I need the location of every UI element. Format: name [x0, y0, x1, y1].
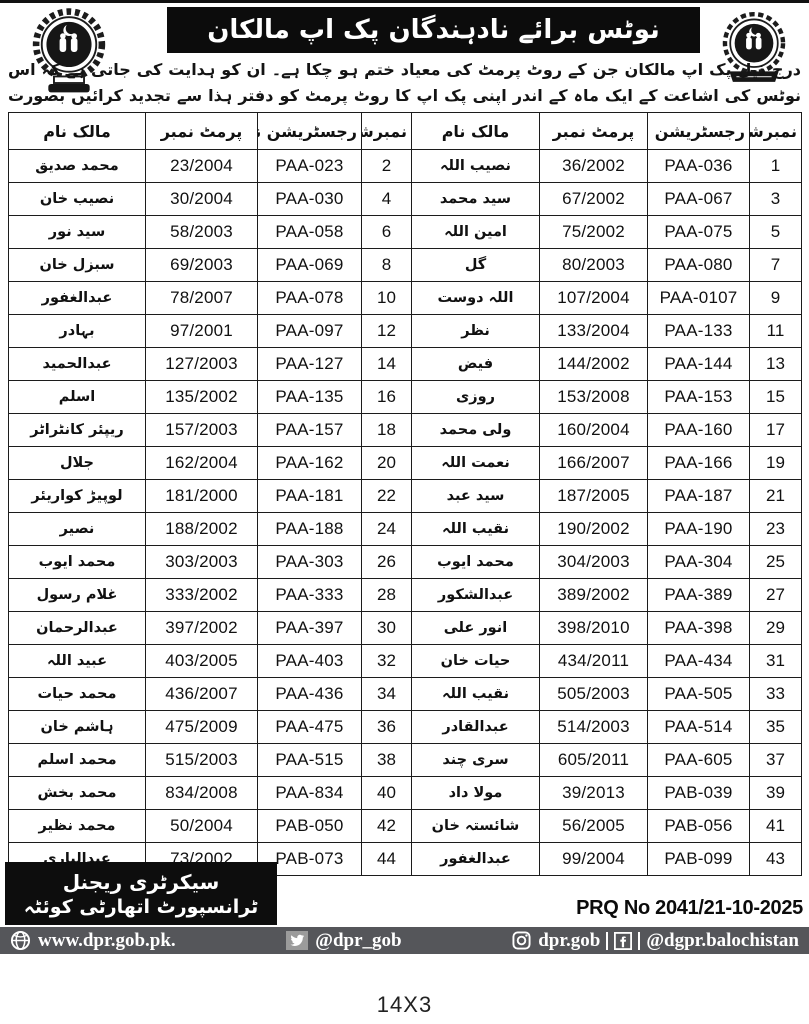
permit-cell: 187/2005 — [540, 480, 648, 513]
registration-cell: PAA-069 — [258, 249, 362, 282]
registration-cell: PAA-162 — [258, 447, 362, 480]
serial-cell: 17 — [750, 414, 802, 447]
registration-cell: PAA-127 — [258, 348, 362, 381]
permit-cell: 99/2004 — [540, 843, 648, 876]
permit-table-body: 1PAA-03636/2002نصیب اللہ2PAA-02323/2004م… — [9, 150, 802, 876]
owner-name-cell: اللہ دوست — [412, 282, 540, 315]
registration-cell: PAA-181 — [258, 480, 362, 513]
registration-cell: PAA-166 — [648, 447, 750, 480]
serial-cell: 29 — [750, 612, 802, 645]
owner-name-cell: نقیب اللہ — [412, 513, 540, 546]
serial-cell: 34 — [362, 678, 412, 711]
permit-cell: 515/2003 — [146, 744, 258, 777]
owner-name-cell: بہادر — [9, 315, 146, 348]
permit-cell: 398/2010 — [540, 612, 648, 645]
registration-cell: PAA-436 — [258, 678, 362, 711]
permit-cell: 397/2002 — [146, 612, 258, 645]
owner-name-cell: امین اللہ — [412, 216, 540, 249]
table-row: 15PAA-153153/2008روزی16PAA-135135/2002اس… — [9, 381, 802, 414]
column-header-owner: مالک نام — [9, 113, 146, 150]
owner-name-cell: عبدالرحمان — [9, 612, 146, 645]
table-row: 9PAA-0107107/2004اللہ دوست10PAA-07878/20… — [9, 282, 802, 315]
serial-cell: 4 — [362, 183, 412, 216]
owner-name-cell: محمد صدیق — [9, 150, 146, 183]
table-row: 31PAA-434434/2011حیات خان32PAA-403403/20… — [9, 645, 802, 678]
table-row: 33PAA-505505/2003نقیب اللہ34PAA-436436/2… — [9, 678, 802, 711]
notice-title: نوٹس برائے نادہندگان پک اپ مالکان — [207, 15, 660, 45]
serial-cell: 11 — [750, 315, 802, 348]
registration-cell: PAA-023 — [258, 150, 362, 183]
permit-cell: 135/2002 — [146, 381, 258, 414]
serial-cell: 41 — [750, 810, 802, 843]
dpr-footer-bar: www.dpr.gob.pk. @dpr_gob dpr.gob — [0, 927, 809, 954]
serial-cell: 20 — [362, 447, 412, 480]
registration-cell: PAA-0107 — [648, 282, 750, 315]
permit-cell: 333/2002 — [146, 579, 258, 612]
permit-cell: 97/2001 — [146, 315, 258, 348]
owner-name-cell: عبید اللہ — [9, 645, 146, 678]
column-header-owner: مالک نام — [412, 113, 540, 150]
serial-cell: 2 — [362, 150, 412, 183]
instagram-icon — [512, 931, 531, 950]
registration-cell: PAA-515 — [258, 744, 362, 777]
table-row: 37PAA-605605/2011سری چند38PAA-515515/200… — [9, 744, 802, 777]
registration-cell: PAA-030 — [258, 183, 362, 216]
footer-instagram-text: dpr.gob — [538, 930, 600, 952]
permit-cell: 80/2003 — [540, 249, 648, 282]
footer-website-text: www.dpr.gob.pk. — [38, 930, 176, 952]
registration-cell: PAB-050 — [258, 810, 362, 843]
serial-cell: 14 — [362, 348, 412, 381]
owner-name-cell: سید نور — [9, 216, 146, 249]
permit-cell: 157/2003 — [146, 414, 258, 447]
permit-cell: 69/2003 — [146, 249, 258, 282]
column-header-registration: رجسٹریشن نمبر — [258, 113, 362, 150]
owner-name-cell: مولا داد — [412, 777, 540, 810]
permit-cell: 303/2003 — [146, 546, 258, 579]
table-row: 7PAA-08080/2003گل8PAA-06969/2003سبزل خان — [9, 249, 802, 282]
facebook-icon — [614, 932, 632, 950]
registration-cell: PAB-056 — [648, 810, 750, 843]
permit-cell: 23/2004 — [146, 150, 258, 183]
permit-cell: 75/2002 — [540, 216, 648, 249]
owner-name-cell: گل — [412, 249, 540, 282]
permit-cell: 153/2008 — [540, 381, 648, 414]
registration-cell: PAA-144 — [648, 348, 750, 381]
signature-line-2: ٹرانسپورٹ اتھارٹی کوئٹہ — [24, 895, 258, 919]
column-header-permit: پرمٹ نمبر — [540, 113, 648, 150]
table-row: 3PAA-06767/2002سید محمد4PAA-03030/2004نص… — [9, 183, 802, 216]
footer-website-item: www.dpr.gob.pk. — [10, 930, 176, 952]
table-row: 23PAA-190190/2002نقیب اللہ24PAA-188188/2… — [9, 513, 802, 546]
owner-name-cell: محمد نظیر — [9, 810, 146, 843]
registration-cell: PAB-039 — [648, 777, 750, 810]
serial-cell: 8 — [362, 249, 412, 282]
registration-cell: PAA-153 — [648, 381, 750, 414]
registration-cell: PAA-133 — [648, 315, 750, 348]
owner-name-cell: سید محمد — [412, 183, 540, 216]
registration-cell: PAA-080 — [648, 249, 750, 282]
permit-cell: 36/2002 — [540, 150, 648, 183]
owner-name-cell: عبدالشکور — [412, 579, 540, 612]
registration-cell: PAA-036 — [648, 150, 750, 183]
notice-title-bar: نوٹس برائے نادہندگان پک اپ مالکان — [167, 7, 700, 53]
permit-cell: 475/2009 — [146, 711, 258, 744]
permit-cell: 389/2002 — [540, 579, 648, 612]
serial-cell: 27 — [750, 579, 802, 612]
column-header-permit: پرمٹ نمبر — [146, 113, 258, 150]
serial-cell: 10 — [362, 282, 412, 315]
owner-name-cell: اسلم — [9, 381, 146, 414]
serial-cell: 42 — [362, 810, 412, 843]
serial-cell: 36 — [362, 711, 412, 744]
registration-cell: PAA-075 — [648, 216, 750, 249]
owner-name-cell: محمد اسلم — [9, 744, 146, 777]
permit-cell: 505/2003 — [540, 678, 648, 711]
footer-divider — [606, 932, 608, 950]
table-row: 5PAA-07575/2002امین اللہ6PAA-05858/2003س… — [9, 216, 802, 249]
serial-cell: 3 — [750, 183, 802, 216]
registration-cell: PAA-397 — [258, 612, 362, 645]
permit-cell: 50/2004 — [146, 810, 258, 843]
permit-cell: 67/2002 — [540, 183, 648, 216]
permit-cell: 834/2008 — [146, 777, 258, 810]
serial-cell: 12 — [362, 315, 412, 348]
owner-name-cell: حیات خان — [412, 645, 540, 678]
serial-cell: 21 — [750, 480, 802, 513]
owner-name-cell: جلال — [9, 447, 146, 480]
table-row: 1PAA-03636/2002نصیب اللہ2PAA-02323/2004م… — [9, 150, 802, 183]
column-header-serial: نمبرشمار — [362, 113, 412, 150]
serial-cell: 15 — [750, 381, 802, 414]
registration-cell: PAA-389 — [648, 579, 750, 612]
serial-cell: 22 — [362, 480, 412, 513]
registration-cell: PAA-058 — [258, 216, 362, 249]
owner-name-cell: محمد ایوب — [412, 546, 540, 579]
permit-cell: 304/2003 — [540, 546, 648, 579]
owner-name-cell: عبدالغفور — [9, 282, 146, 315]
owner-name-cell: نصیر — [9, 513, 146, 546]
registration-cell: PAA-505 — [648, 678, 750, 711]
permit-cell: 188/2002 — [146, 513, 258, 546]
permit-cell: 127/2003 — [146, 348, 258, 381]
owner-name-cell: غلام رسول — [9, 579, 146, 612]
table-row: 17PAA-160160/2004ولی محمد18PAA-157157/20… — [9, 414, 802, 447]
footer-twitter-text: @dpr_gob — [315, 930, 401, 952]
serial-cell: 39 — [750, 777, 802, 810]
registration-cell: PAA-097 — [258, 315, 362, 348]
permit-cell: 144/2002 — [540, 348, 648, 381]
owner-name-cell: ولی محمد — [412, 414, 540, 447]
serial-cell: 16 — [362, 381, 412, 414]
serial-cell: 44 — [362, 843, 412, 876]
permit-cell: 181/2000 — [146, 480, 258, 513]
owner-name-cell: نعمت اللہ — [412, 447, 540, 480]
table-row: 13PAA-144144/2002فیض14PAA-127127/2003عبد… — [9, 348, 802, 381]
owner-name-cell: محمد حیات — [9, 678, 146, 711]
registration-cell: PAA-398 — [648, 612, 750, 645]
registration-cell: PAA-403 — [258, 645, 362, 678]
registration-cell: PAA-605 — [648, 744, 750, 777]
owner-name-cell: نصیب خان — [9, 183, 146, 216]
serial-cell: 18 — [362, 414, 412, 447]
column-header-serial: نمبرشمار — [750, 113, 802, 150]
permit-cell: 403/2005 — [146, 645, 258, 678]
permit-cell: 605/2011 — [540, 744, 648, 777]
permit-cell: 107/2004 — [540, 282, 648, 315]
signature-stamp: سیکرٹری ریجنل ٹرانسپورٹ اتھارٹی کوئٹہ — [5, 862, 277, 925]
serial-cell: 32 — [362, 645, 412, 678]
permit-cell: 160/2004 — [540, 414, 648, 447]
registration-cell: PAA-304 — [648, 546, 750, 579]
registration-cell: PAA-078 — [258, 282, 362, 315]
table-row: 41PAB-05656/2005شائستہ خان42PAB-05050/20… — [9, 810, 802, 843]
owner-name-cell: سید عبد — [412, 480, 540, 513]
serial-cell: 33 — [750, 678, 802, 711]
owner-name-cell: سبزل خان — [9, 249, 146, 282]
owner-name-cell: لوپیڑ کواریئر — [9, 480, 146, 513]
permit-cell: 56/2005 — [540, 810, 648, 843]
permit-cell: 166/2007 — [540, 447, 648, 480]
permit-cell: 58/2003 — [146, 216, 258, 249]
footer-facebook-text: @dgpr.balochistan — [646, 930, 799, 952]
registration-cell: PAA-514 — [648, 711, 750, 744]
table-row: 21PAA-187187/2005سید عبد22PAA-181181/200… — [9, 480, 802, 513]
serial-cell: 6 — [362, 216, 412, 249]
serial-cell: 38 — [362, 744, 412, 777]
permit-cell: 39/2013 — [540, 777, 648, 810]
owner-name-cell: محمد بخش — [9, 777, 146, 810]
globe-icon — [10, 930, 31, 951]
registration-cell: PAA-187 — [648, 480, 750, 513]
owner-name-cell: عبدالقادر — [412, 711, 540, 744]
serial-cell: 9 — [750, 282, 802, 315]
table-row: 39PAB-03939/2013مولا داد40PAA-834834/200… — [9, 777, 802, 810]
footer-facebook-handle: @dgpr.balochistan — [646, 930, 799, 952]
registration-cell: PAA-160 — [648, 414, 750, 447]
column-header-registration: رجسٹریشن نمبر — [648, 113, 750, 150]
serial-cell: 28 — [362, 579, 412, 612]
registration-cell: PAA-834 — [258, 777, 362, 810]
serial-cell: 19 — [750, 447, 802, 480]
permit-cell: 434/2011 — [540, 645, 648, 678]
signature-line-1: سیکرٹری ریجنل — [63, 869, 220, 895]
serial-cell: 24 — [362, 513, 412, 546]
ad-size-caption: 14X3 — [0, 992, 809, 1018]
table-row: 11PAA-133133/2004نظر12PAA-09797/2001بہاد… — [9, 315, 802, 348]
permit-cell: 78/2007 — [146, 282, 258, 315]
serial-cell: 35 — [750, 711, 802, 744]
footer-facebook-item — [614, 932, 632, 950]
owner-name-cell: انور علی — [412, 612, 540, 645]
serial-cell: 5 — [750, 216, 802, 249]
permit-table: نمبرشمار رجسٹریشن نمبر پرمٹ نمبر مالک نا… — [8, 112, 802, 876]
permit-cell: 30/2004 — [146, 183, 258, 216]
owner-name-cell: شائستہ خان — [412, 810, 540, 843]
owner-name-cell: سری چند — [412, 744, 540, 777]
footer-instagram-item: dpr.gob — [512, 930, 600, 952]
serial-cell: 43 — [750, 843, 802, 876]
footer-divider — [638, 932, 640, 950]
owner-name-cell: روزی — [412, 381, 540, 414]
permit-cell: 190/2002 — [540, 513, 648, 546]
permit-cell: 133/2004 — [540, 315, 648, 348]
serial-cell: 31 — [750, 645, 802, 678]
table-row: 35PAA-514514/2003عبدالقادر36PAA-475475/2… — [9, 711, 802, 744]
top-rule-divider — [0, 0, 809, 3]
serial-cell: 25 — [750, 546, 802, 579]
footer-twitter-item: @dpr_gob — [286, 930, 401, 952]
permit-cell: 514/2003 — [540, 711, 648, 744]
table-row: 25PAA-304304/2003محمد ایوب26PAA-303303/2… — [9, 546, 802, 579]
prq-reference-number: PRQ No 2041/21-10-2025 — [403, 897, 803, 920]
serial-cell: 37 — [750, 744, 802, 777]
permit-cell: 162/2004 — [146, 447, 258, 480]
registration-cell: PAA-188 — [258, 513, 362, 546]
serial-cell: 13 — [750, 348, 802, 381]
serial-cell: 7 — [750, 249, 802, 282]
registration-cell: PAA-157 — [258, 414, 362, 447]
registration-cell: PAA-067 — [648, 183, 750, 216]
serial-cell: 23 — [750, 513, 802, 546]
owner-name-cell: ہاشم خان — [9, 711, 146, 744]
owner-name-cell: ریپئر کانٹراٹر — [9, 414, 146, 447]
registration-cell: PAA-475 — [258, 711, 362, 744]
table-row: 19PAA-166166/2007نعمت اللہ20PAA-162162/2… — [9, 447, 802, 480]
owner-name-cell: عبدالحمید — [9, 348, 146, 381]
owner-name-cell: عبدالغفور — [412, 843, 540, 876]
registration-cell: PAA-434 — [648, 645, 750, 678]
owner-name-cell: نظر — [412, 315, 540, 348]
table-header-row: نمبرشمار رجسٹریشن نمبر پرمٹ نمبر مالک نا… — [9, 113, 802, 150]
notice-intro-paragraph: درج ذیل پک اپ مالکان جن کے روٹ پرمٹ کی م… — [8, 57, 801, 111]
serial-cell: 30 — [362, 612, 412, 645]
registration-cell: PAA-135 — [258, 381, 362, 414]
owner-name-cell: فیض — [412, 348, 540, 381]
owner-name-cell: نقیب اللہ — [412, 678, 540, 711]
owner-name-cell: محمد ایوب — [9, 546, 146, 579]
newspaper-notice-page: نوٹس برائے نادہندگان پک اپ مالکان درج ذی… — [0, 0, 809, 1024]
serial-cell: 40 — [362, 777, 412, 810]
serial-cell: 1 — [750, 150, 802, 183]
registration-cell: PAB-099 — [648, 843, 750, 876]
registration-cell: PAA-303 — [258, 546, 362, 579]
serial-cell: 26 — [362, 546, 412, 579]
registration-cell: PAA-333 — [258, 579, 362, 612]
registration-cell: PAA-190 — [648, 513, 750, 546]
table-row: 27PAA-389389/2002عبدالشکور28PAA-333333/2… — [9, 579, 802, 612]
table-row: 29PAA-398398/2010انور علی30PAA-397397/20… — [9, 612, 802, 645]
twitter-icon — [286, 931, 308, 950]
owner-name-cell: نصیب اللہ — [412, 150, 540, 183]
permit-cell: 436/2007 — [146, 678, 258, 711]
